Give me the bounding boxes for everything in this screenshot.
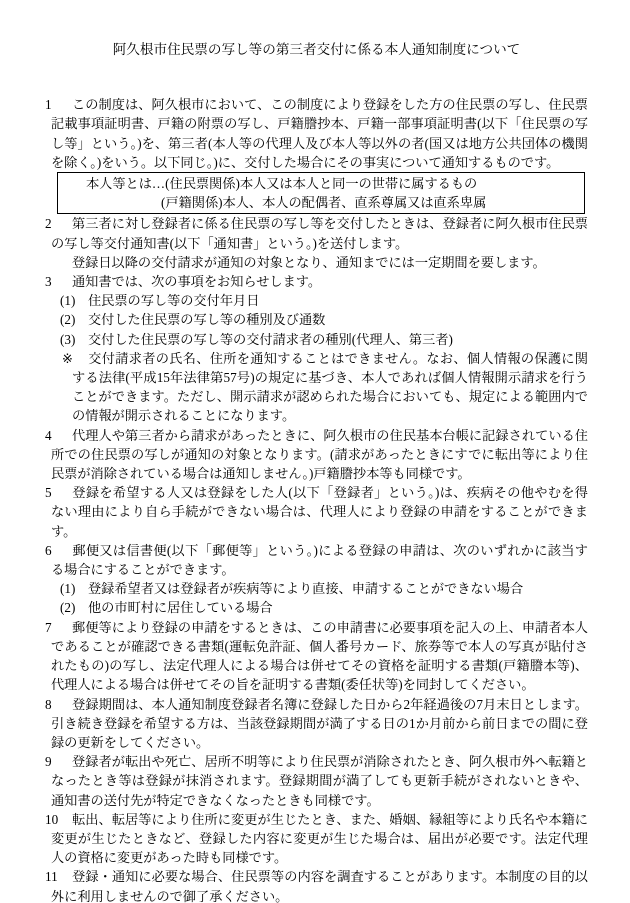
item-7: 7郵便等により登録の申請をするときは、この申請書に必要事項を記入の上、申請者本人…	[45, 618, 588, 695]
item-8-text: 登録期間は、本人通知制度登録者名簿に登録した日から2年経過後の7月末日とします。…	[51, 697, 588, 750]
item-10-number: 10	[45, 810, 72, 829]
item-3-remark: ※交付請求者の氏名、住所を通知することはできません。なお、個人情報の保護に関する…	[45, 349, 588, 426]
item-3-remark-text: 交付請求者の氏名、住所を通知することはできません。なお、個人情報の保護に関する法…	[72, 351, 588, 424]
page-title: 阿久根市住民票の写し等の第三者交付に係る本人通知制度について	[45, 40, 588, 59]
subitem-3-2-text: 交付した住民票の写し等の種別及び通数	[88, 312, 325, 327]
item-6-number: 6	[45, 541, 72, 560]
subitem-3-1: (1)住民票の写し等の交付年月日	[45, 291, 588, 310]
item-2: 2第三者に対し登録者に係る住民票の写し等を交付したときは、登録者に阿久根市住民票…	[45, 214, 588, 252]
item-6-text: 郵便又は信書便(以下「郵便等」という。)による登録の申請は、次のいずれかに該当す…	[51, 543, 588, 577]
item-5-text: 登録を希望する人又は登録をした人(以下「登録者」という。)は、疾病その他やむを得…	[51, 485, 588, 538]
subitem-6-1: (1)登録希望者又は登録者が疾病等により直接、申請することができない場合	[45, 579, 588, 598]
item-4: 4代理人や第三者から請求があったときに、阿久根市の住民基本台帳に記録されている住…	[45, 426, 588, 484]
item-1-number: 1	[45, 95, 72, 114]
item-9-number: 9	[45, 752, 72, 771]
item-8-number: 8	[45, 695, 72, 714]
item-4-number: 4	[45, 426, 72, 445]
remark-marker: ※	[62, 349, 88, 368]
item-3-text: 通知書では、次の事項をお知らせします。	[72, 274, 321, 289]
subitem-3-3-text: 交付した住民票の写し等の交付請求者の種別(代理人、第三者)	[88, 332, 453, 347]
item-8: 8登録期間は、本人通知制度登録者名簿に登録した日から2年経過後の7月末日とします…	[45, 695, 588, 753]
subitem-3-1-text: 住民票の写し等の交付年月日	[88, 293, 259, 308]
item-2-note: 登録日以降の交付請求が通知の対象となり、通知までには一定期間を要します。	[45, 253, 588, 272]
item-11-number: 11	[45, 867, 72, 886]
item-10: 10転出、転居等により住所に変更が生じたとき、また、婚姻、縁組等により氏名や本籍…	[45, 810, 588, 868]
item-2-number: 2	[45, 214, 72, 233]
item-6: 6郵便又は信書便(以下「郵便等」という。)による登録の申請は、次のいずれかに該当…	[45, 541, 588, 579]
definition-box-line-1: 本人等とは…(住民票関係)本人又は本人と同一の世帯に属するもの	[58, 174, 578, 193]
item-9-text: 登録者が転出や死亡、居所不明等により住民票が消除されたとき、阿久根市外へ転籍とな…	[51, 754, 588, 807]
item-5: 5登録を希望する人又は登録をした人(以下「登録者」という。)は、疾病その他やむを…	[45, 483, 588, 541]
item-7-text: 郵便等により登録の申請をするときは、この申請書に必要事項を記入の上、申請者本人で…	[51, 620, 588, 693]
definition-box: 本人等とは…(住民票関係)本人又は本人と同一の世帯に属するもの (戸籍関係)本人…	[57, 172, 585, 214]
subitem-3-2: (2)交付した住民票の写し等の種別及び通数	[45, 310, 588, 329]
subitem-3-2-number: (2)	[60, 310, 88, 329]
document-page: 阿久根市住民票の写し等の第三者交付に係る本人通知制度について 1この制度は、阿久…	[0, 0, 630, 903]
subitem-6-2-text: 他の市町村に居住している場合	[88, 600, 273, 615]
item-5-number: 5	[45, 483, 72, 502]
subitem-6-1-number: (1)	[60, 579, 88, 598]
item-10-text: 転出、転居等により住所に変更が生じたとき、また、婚姻、縁組等により氏名や本籍に変…	[51, 812, 588, 865]
subitem-6-2-number: (2)	[60, 598, 88, 617]
item-1-text: この制度は、阿久根市において、この制度により登録をした方の住民票の写し、住民票記…	[51, 97, 588, 170]
item-11: 11登録・通知に必要な場合、住民票等の内容を調査することがあります。本制度の目的…	[45, 867, 588, 903]
subitem-3-3-number: (3)	[60, 330, 88, 349]
item-1: 1この制度は、阿久根市において、この制度により登録をした方の住民票の写し、住民票…	[45, 95, 588, 172]
subitem-6-2: (2)他の市町村に居住している場合	[45, 598, 588, 617]
subitem-6-1-text: 登録希望者又は登録者が疾病等により直接、申請することができない場合	[88, 581, 523, 596]
item-11-text: 登録・通知に必要な場合、住民票等の内容を調査することがあります。本制度の目的以外…	[51, 869, 588, 903]
item-9: 9登録者が転出や死亡、居所不明等により住民票が消除されたとき、阿久根市外へ転籍と…	[45, 752, 588, 810]
subitem-3-3: (3)交付した住民票の写し等の交付請求者の種別(代理人、第三者)	[45, 330, 588, 349]
item-3: 3通知書では、次の事項をお知らせします。	[45, 272, 588, 291]
item-4-text: 代理人や第三者から請求があったときに、阿久根市の住民基本台帳に記録されている住所…	[51, 428, 588, 481]
item-3-number: 3	[45, 272, 72, 291]
item-2-text: 第三者に対し登録者に係る住民票の写し等を交付したときは、登録者に阿久根市住民票の…	[51, 216, 588, 250]
subitem-3-1-number: (1)	[60, 291, 88, 310]
item-7-number: 7	[45, 618, 72, 637]
definition-box-line-2: (戸籍関係)本人、本人の配偶者、直系尊属又は直系卑属	[58, 193, 578, 212]
